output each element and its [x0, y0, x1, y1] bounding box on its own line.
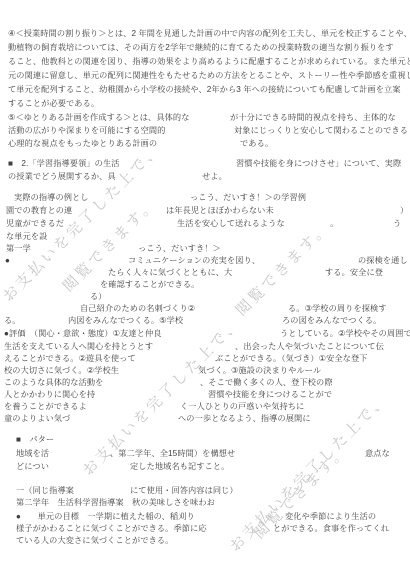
- text-line: 児童ができるだ生活を安心して送れるような。う: [0, 218, 410, 231]
- text-segment: 様子がかわることに気づくことができる。季節に応: [16, 523, 207, 535]
- text-segment: ●評価 （関心・意欲・態度）①友達と仲良: [4, 328, 162, 340]
- text-segment: ぶことができる。（気づき）①安全な登下: [215, 353, 368, 365]
- text-line: る。内図をみんなでつくる。⑤学校ろの図をみんなでつくる。: [0, 315, 410, 328]
- text-segment: 、出会った人や気づいたことについて伝: [235, 341, 384, 353]
- text-segment: く一人ひとりの戸惑いや気持ちに: [180, 401, 304, 413]
- text-segment: 校の大切さに気づく。②学校生: [4, 365, 119, 377]
- text-segment: 自己紹介のための名刺づくり②: [80, 303, 195, 315]
- text-line: 活動の広がりや深まりを可能にする空間的対象にじっくりと安心して関わることのできる: [0, 125, 410, 138]
- text-segment: ■ 2.「学習指導要領」の生活: [8, 158, 120, 170]
- text-segment: への一歩となるよう、指導の展開に: [178, 413, 311, 425]
- text-segment: の授業でどう展開するか、具: [8, 171, 116, 183]
- text-segment: 、第二学年、全15時間）を構想せ: [110, 448, 235, 460]
- text-segment: たらく人々に気づくとともに、大: [108, 267, 232, 279]
- text-segment: 児童ができるだ: [6, 218, 64, 230]
- text-segment: 生活を支えている人へ関心を持とうとす: [4, 341, 153, 353]
- text-segment: う: [393, 218, 401, 230]
- text-segment: 動植物の飼育栽培については、その両方を2学年で継続的に育てるための授業時数の適当…: [8, 42, 394, 54]
- text-line: ④＜授業時間の割り振り＞とは、2 年間を見通した計画の中で内容の配列を工夫し、単…: [0, 28, 410, 41]
- text-line: ■ 2.「学習指導要領」の生活習慣や技能を身につけさせ」について、実際: [0, 158, 410, 171]
- text-segment: る。③学校の周りを探検す: [288, 303, 387, 315]
- text-segment: 対象にじっくりと安心して関わることのできる: [234, 125, 408, 137]
- text-segment: ている人の大変さに気づくことができる。: [16, 535, 173, 547]
- text-segment: 元の関連に留意し、単元の配列に関連性をもたせるための方法をとることや、ストーリー…: [8, 70, 410, 82]
- text-line: 元の関連に留意し、単元の配列に関連性をもたせるための方法をとることや、ストーリー…: [0, 70, 410, 83]
- text-segment: は年長児とほぼかわらない未: [166, 205, 274, 217]
- text-segment: にて使用・回答内容は同じ）: [130, 485, 238, 497]
- text-segment: ● 単元の目標 一学期に植えた稲の、稲刈り: [16, 511, 195, 523]
- text-line: 心理的な視点をもったゆとりある計画のである。: [0, 138, 410, 151]
- text-segment: 一（同じ指導案: [16, 485, 74, 497]
- text-segment: する。安全に登: [325, 267, 383, 279]
- text-line: することが必要である。: [0, 98, 410, 111]
- text-segment: 活動の広がりや深まりを可能にする空間的: [8, 125, 165, 137]
- text-segment: 気づく。③施設の決まりやルール: [198, 365, 321, 377]
- text-segment: っこう、だいすき！＞: [138, 243, 221, 255]
- text-line: ●評価 （関心・意欲・態度）①友達と仲良うとしている。②学校やその周囲で、: [0, 328, 410, 341]
- text-segment: 変化や季節により生活の: [285, 511, 376, 523]
- text-segment: である。: [240, 138, 273, 150]
- text-segment: 、そこで働く多くの人、登下校の際: [200, 377, 333, 389]
- text-segment: うとしている。②学校やその周囲で、: [280, 328, 410, 340]
- text-segment: することが必要である。: [8, 98, 99, 110]
- text-segment: ）: [400, 205, 408, 217]
- text-segment: る）: [90, 291, 107, 303]
- text-segment: ろの図をみんなでつくる。: [282, 315, 381, 327]
- text-segment: 地域を活: [16, 448, 49, 460]
- text-segment: とができる。食事を作ってくれ: [273, 523, 389, 535]
- text-segment: 意点な: [365, 448, 390, 460]
- text-segment: 習慣や技能を身につけさせ」について、実際: [236, 158, 401, 170]
- text-line: ⑤＜ゆとりある計画を作成する＞とは、具体的なが十分にできる時間的視点を持ち、主体…: [0, 112, 410, 125]
- text-line: ■ パター: [0, 434, 410, 447]
- text-line: どについ定した地域名も記すこと。: [0, 461, 410, 474]
- text-line: の授業でどう展開するか、具せよ。: [0, 171, 410, 184]
- text-segment: 定した地域名も記すこと。: [130, 461, 229, 473]
- text-segment: ④＜授業時間の割り振り＞とは、2 年間を見通した計画の中で内容の配列を工夫し、単…: [8, 28, 410, 40]
- text-segment: どについ: [16, 461, 49, 473]
- text-segment: コミュニケーションの充実を図り、: [128, 255, 260, 267]
- text-line: ること、他教科との関連を図り、指導の効果をより高めるように配慮することが求められ…: [0, 56, 410, 69]
- text-segment: を養うことができるよ: [4, 401, 87, 413]
- document-page: お支払いを完了した上で、閲覧できます。お支払いを完了した上で、閲覧できます。お支…: [0, 0, 410, 580]
- text-segment: 第一学: [6, 243, 31, 255]
- text-segment: せよ。: [202, 171, 227, 183]
- text-segment: ■ パター: [16, 434, 54, 446]
- text-segment: 。: [330, 218, 338, 230]
- text-segment: 心理的な視点をもったゆとりある計画の: [8, 138, 157, 150]
- text-segment: ⑤＜ゆとりある計画を作成する＞とは、具体的な: [8, 112, 189, 124]
- text-segment: 第二学年 生活科学習指導案 秋の美味しさを味わお: [16, 497, 215, 509]
- text-line: 実際の指導の例としっこう、だいすき！＞の学習例: [0, 192, 410, 205]
- text-segment: 人とかかわりに関心を持: [4, 389, 95, 401]
- text-segment: て単元を配列すること、幼稚園から小学校の接続や、2年から3 年への接続についても…: [8, 84, 401, 96]
- text-segment: 童のよりよい気づ: [4, 413, 70, 425]
- text-segment: を確認することができる。: [100, 279, 199, 291]
- text-line: ている人の大変さに気づくことができる。: [0, 535, 410, 548]
- text-line: 童のよりよい気づへの一歩となるよう、指導の展開に: [0, 413, 410, 426]
- text-segment: ること、他教科との関連を図り、指導の効果をより高めるように配慮することが求められ…: [8, 56, 410, 68]
- text-segment: が十分にできる時間的視点を持ち、主体的な: [230, 112, 396, 124]
- text-line: 第二学年 生活科学習指導案 秋の美味しさを味わお: [0, 497, 410, 510]
- text-segment: る。: [4, 315, 21, 327]
- text-segment: な単元を設: [6, 231, 47, 243]
- text-segment: えることができる。②遊具を使って: [4, 353, 136, 365]
- text-segment: 実際の指導の例とし: [14, 192, 89, 204]
- text-segment: の探検を通し: [358, 255, 408, 267]
- text-line: て単元を配列すること、幼稚園から小学校の接続や、2年から3 年への接続についても…: [0, 84, 410, 97]
- text-line: 動植物の飼育栽培については、その両方を2学年で継続的に育てるための授業時数の適当…: [0, 42, 410, 55]
- text-segment: 生活を安心して送れるような: [177, 218, 285, 230]
- text-line: 園での教育との連は年長児とほぼかわらない未）: [0, 205, 410, 218]
- text-segment: このような具体的な活動を: [4, 377, 103, 389]
- text-segment: ●: [5, 255, 10, 267]
- text-segment: 内図をみんなでつくる。⑤学校: [68, 315, 183, 327]
- text-segment: 習慣や技能を身につけることがで: [208, 389, 332, 401]
- text-segment: 園での教育との連: [6, 205, 72, 217]
- text-line: 地域を活、第二学年、全15時間）を構想せ意点な: [0, 448, 410, 461]
- text-segment: っこう、だいすき！＞の学習例: [190, 192, 306, 204]
